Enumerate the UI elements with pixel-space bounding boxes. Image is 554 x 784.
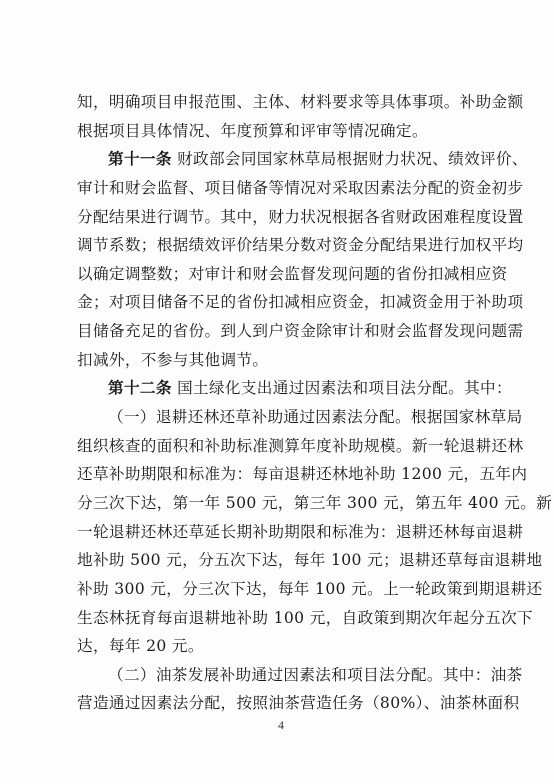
text-line: 组织核查的面积和补助标准测算年度补助规模。新一轮退耕还林: [77, 432, 491, 461]
text-span: 国土绿化支出通过因素法和项目法分配。其中：: [172, 379, 512, 397]
page-number: 4: [274, 718, 288, 733]
text-line: 扣减外，不参与其他调节。: [77, 346, 491, 375]
text-line: 分三次下达，第一年 500 元，第三年 300 元，第五年 400 元。新: [77, 489, 491, 518]
text-line: 金；对项目储备不足的省份扣减相应资金，扣减资金用于补助项: [77, 288, 491, 317]
document-body: 知，明确项目申报范围、主体、材料要求等具体事项。补助金额 根据项目具体情况、年度…: [77, 88, 491, 718]
document-page: 知，明确项目申报范围、主体、材料要求等具体事项。补助金额 根据项目具体情况、年度…: [0, 0, 554, 784]
text-line: 根据项目具体情况、年度预算和评审等情况确定。: [77, 117, 491, 146]
text-line: 生态林抚育每亩退耕地补助 100 元，自政策到期次年起分五次下: [77, 604, 491, 633]
article-12-heading-line: 第十二条 国土绿化支出通过因素法和项目法分配。其中：: [77, 374, 491, 403]
text-line: 补助 300 元，分三次下达，每年 100 元。上一轮政策到期退耕还: [77, 575, 491, 604]
article-11-heading-line: 第十一条 财政部会同国家林草局根据财力状况、绩效评价、: [77, 145, 491, 174]
text-line: 还草补助期限和标准为：每亩退耕还林地补助 1200 元，五年内: [77, 460, 491, 489]
text-line: 审计和财会监督、项目储备等情况对采取因素法分配的资金初步: [77, 174, 491, 203]
text-line: （一）退耕还林还草补助通过因素法分配。根据国家林草局: [77, 403, 491, 432]
text-line: 知，明确项目申报范围、主体、材料要求等具体事项。补助金额: [77, 88, 491, 117]
text-line: 分配结果进行调节。其中，财力状况根据各省财政困难程度设置: [77, 203, 491, 232]
text-line: 一轮退耕还林还草延长期补助期限和标准为：退耕还林每亩退耕: [77, 518, 491, 547]
text-span: 财政部会同国家林草局根据财力状况、绩效评价、: [172, 150, 528, 168]
article-12-label: 第十二条: [108, 379, 172, 397]
text-line: 营造通过因素法分配，按照油茶营造任务（80%）、油茶林面积: [77, 689, 491, 718]
text-line: 调节系数；根据绩效评价结果分数对资金分配结果进行加权平均: [77, 231, 491, 260]
text-line: 以确定调整数；对审计和财会监督发现问题的省份扣减相应资: [77, 260, 491, 289]
text-line: 目储备充足的省份。到人到户资金除审计和财会监督发现问题需: [77, 317, 491, 346]
text-line: 地补助 500 元，分五次下达，每年 100 元；退耕还草每亩退耕地: [77, 546, 491, 575]
text-line: 达，每年 20 元。: [77, 632, 491, 661]
article-11-label: 第十一条: [108, 150, 172, 168]
text-line: （二）油茶发展补助通过因素法和项目法分配。其中：油茶: [77, 661, 491, 690]
